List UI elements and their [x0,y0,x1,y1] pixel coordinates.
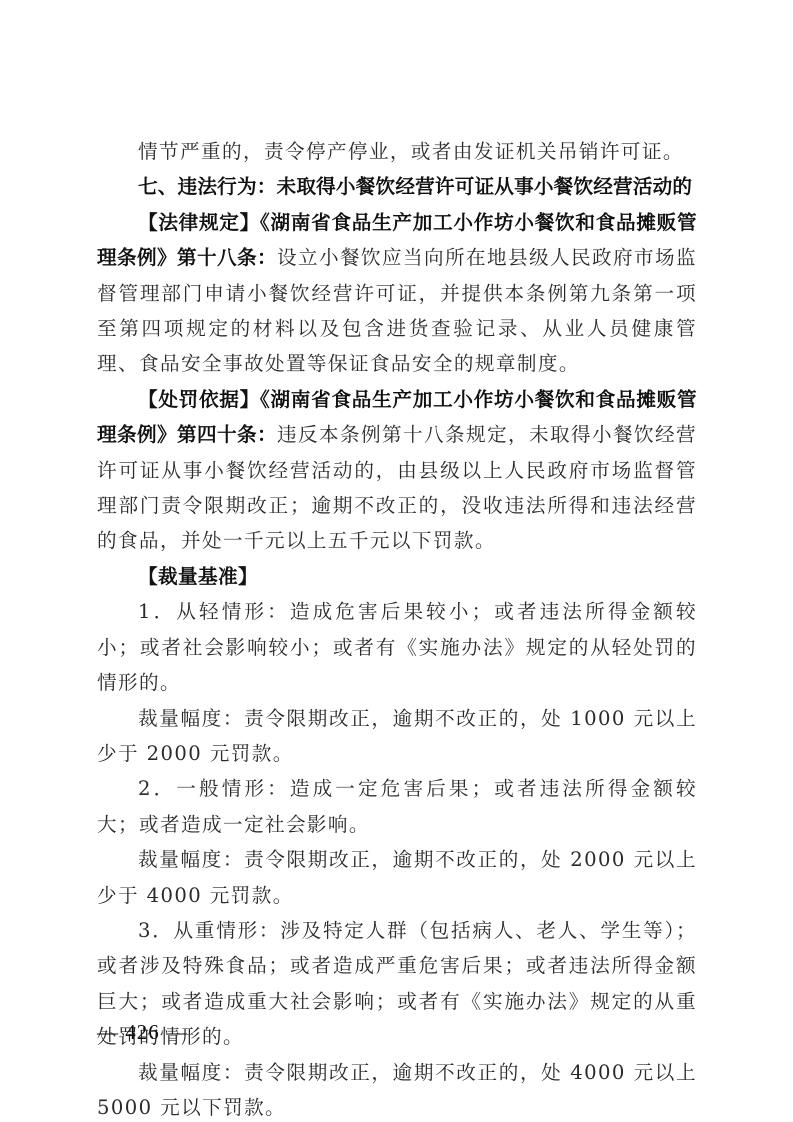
lenient-case-text: 1．从轻情形：造成危害后果较小；或者违法所得金额较小；或者社会影响较小；或者有《… [97,600,697,694]
legal-provision-paragraph: 【法律规定】《湖南省食品生产加工小作坊小餐饮和食品摊贩管理条例》第十八条：设立小… [97,205,697,382]
discretion-standard-label: 【裁量基准】 [138,565,258,588]
general-case-paragraph: 2．一般情形：造成一定危害后果；或者违法所得金额较大；或者造成一定社会影响。 [97,771,697,842]
severe-range-paragraph: 裁量幅度：责令限期改正，逾期不改正的，处 4000 元以上 5000 元以下罚款… [97,1055,697,1122]
general-range-paragraph: 裁量幅度：责令限期改正，逾期不改正的，处 2000 元以上少于 4000 元罚款… [97,842,697,913]
paragraph-continuation: 情节严重的，责令停产停业，或者由发证机关吊销许可证。 [97,134,697,169]
severe-range-text: 裁量幅度：责令限期改正，逾期不改正的，处 4000 元以上 5000 元以下罚款… [97,1061,697,1119]
page-number: — 426 — [97,1020,188,1045]
paragraph-text: 情节严重的，责令停产停业，或者由发证机关吊销许可证。 [138,140,684,163]
lenient-range-text: 裁量幅度：责令限期改正，逾期不改正的，处 1000 元以上少于 2000 元罚款… [97,707,697,765]
discretion-standard-heading: 【裁量基准】 [97,559,697,594]
lenient-range-paragraph: 裁量幅度：责令限期改正，逾期不改正的，处 1000 元以上少于 2000 元罚款… [97,701,697,772]
general-range-text: 裁量幅度：责令限期改正，逾期不改正的，处 2000 元以上少于 4000 元罚款… [97,848,697,906]
document-page: 情节严重的，责令停产停业，或者由发证机关吊销许可证。 七、违法行为：未取得小餐饮… [97,134,697,1122]
section-heading-text: 七、违法行为：未取得小餐饮经营许可证从事小餐饮经营活动的 [138,175,692,198]
general-case-text: 2．一般情形：造成一定危害后果；或者违法所得金额较大；或者造成一定社会影响。 [97,777,697,835]
penalty-basis-paragraph: 【处罚依据】《湖南省食品生产加工小作坊小餐饮和食品摊贩管理条例》第四十条：违反本… [97,382,697,559]
section-heading: 七、违法行为：未取得小餐饮经营许可证从事小餐饮经营活动的 [97,169,697,204]
lenient-case-paragraph: 1．从轻情形：造成危害后果较小；或者违法所得金额较小；或者社会影响较小；或者有《… [97,594,697,700]
